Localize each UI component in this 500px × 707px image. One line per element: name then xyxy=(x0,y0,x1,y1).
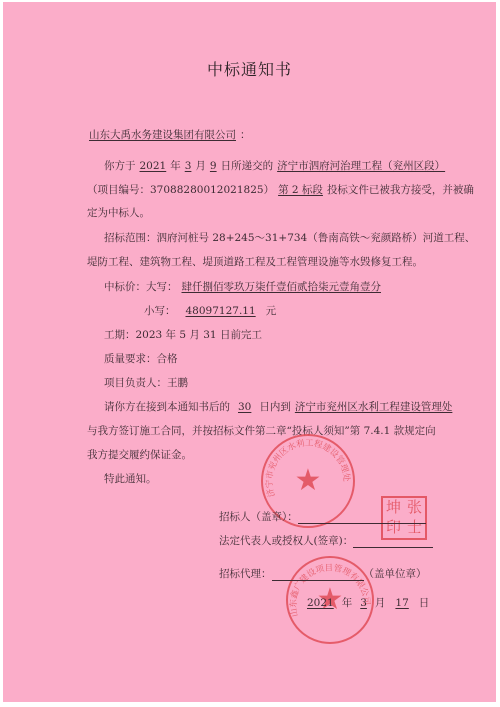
svg-text:济宁市兖州区水利工程建设管理处: 济宁市兖州区水利工程建设管理处 xyxy=(264,438,352,499)
price-lowercase-line: 小写：48097127.11元 xyxy=(144,303,276,318)
duration: 工期：2023 年 5 月 31 日前完工 xyxy=(104,327,262,342)
instruction-line2: 与我方签订施工合同，并按招标文件第二章“投标人须知”第 7.4.1 款规定向 xyxy=(87,423,436,438)
instruction-line3: 我方提交履约保证金。 xyxy=(87,447,192,462)
scope-line2: 堤防工程、建筑物工程、堤顶道路工程及工程管理设施等水毁修复工程。 xyxy=(87,254,423,269)
date-line: 2021年3月17日 xyxy=(299,595,429,610)
document-title: 中标通知书 xyxy=(3,57,496,80)
legal-rep-sign-line: 法定代表人或授权人(签章)： xyxy=(219,533,433,548)
contract-place: 济宁市兖州区水利工程建设管理处 xyxy=(291,401,457,413)
tenderer-blank xyxy=(298,511,426,524)
project-number: （项目编号：37088280012021825） xyxy=(87,184,274,196)
price-lowercase: 48097127.11 xyxy=(176,305,266,317)
addressee-line: 山东大禹水务建设集团有限公司： xyxy=(85,127,251,142)
project-manager: 项目负责人：王鹏 xyxy=(104,375,188,390)
agent-blank xyxy=(272,568,364,581)
project-name: 济宁市泗府河治理工程（兖州区段） xyxy=(273,160,449,172)
addressee: 山东大禹水务建设集团有限公司 xyxy=(85,129,240,141)
closing: 特此通知。 xyxy=(104,471,157,486)
price-uppercase: 肆仟捌佰零玖万柒仟壹佰贰拾柒元壹角壹分 xyxy=(178,281,386,293)
tenderer-sign-line: 招标人（盖章）： xyxy=(219,509,426,524)
para1-line2: （项目编号：37088280012021825）第 2 标段投标文件已被我方接受… xyxy=(87,182,474,197)
scope-line1: 招标范围：泗府河桩号 28+245～31+734（鲁南高铁～兖颜路桥）河道工程、 xyxy=(104,230,475,245)
section: 第 2 标段 xyxy=(274,184,327,196)
price-uppercase-line: 中标价：大写：肆仟捌佰零玖万柒仟壹佰贰拾柒元壹角壹分 xyxy=(104,279,385,294)
para1-line3: 定为中标人。 xyxy=(87,205,150,220)
quality: 质量要求：合格 xyxy=(104,351,178,366)
legal-rep-blank xyxy=(353,535,433,548)
notice-page: 中标通知书 山东大禹水务建设集团有限公司： 你方于2021年3月9日所递交的济宁… xyxy=(3,2,496,702)
instruction-line1: 请你方在接到本通知书后的30日内到济宁市兖州区水利工程建设管理处 xyxy=(104,399,456,414)
agent-sign-line: 招标代理：（盖单位章） xyxy=(219,566,427,581)
para1-line1: 你方于2021年3月9日所递交的济宁市泗府河治理工程（兖州区段） xyxy=(104,158,449,173)
